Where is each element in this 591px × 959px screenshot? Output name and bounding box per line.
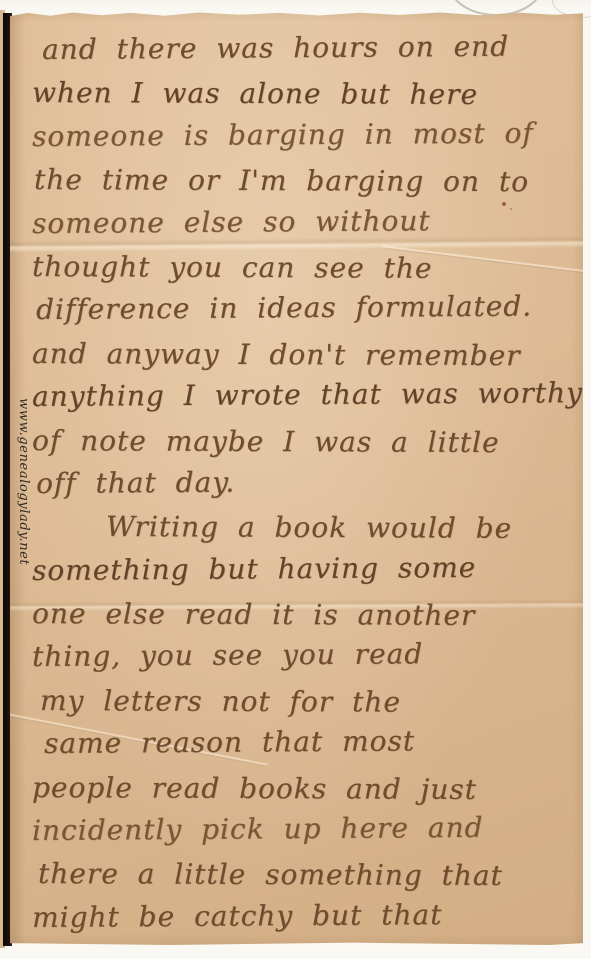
handwriting-line: someone is barging in most of [32,111,571,158]
handwriting-line: something but having some [32,545,571,592]
handwriting-line: my letters not for the [40,679,571,725]
handwriting-line: when I was alone but here [32,71,571,117]
watermark-text: www.genealogylady.net [16,398,31,565]
handwriting-line: and anyway I don't remember [32,332,571,378]
scanned-letter-page: www.genealogylady.net and there was hour… [0,0,591,959]
handwriting-line paragraph-indent: Writing a book would be [106,505,571,550]
handwriting-line: the time or I'm barging on to [34,158,571,204]
handwriting-line: people read books and just [32,766,571,812]
handwriting-line: of note maybe I was a little [32,419,571,465]
handwriting-line: anything I wrote that was worthy [32,371,571,418]
handwriting-line: thing, you see you read [32,632,571,679]
handwriting-line: difference in ideas formulated. [36,285,571,332]
handwriting-line: someone else so without [32,198,571,245]
letter-paper: www.genealogylady.net and there was hour… [10,12,583,945]
handwriting-line: might be catchy but that [32,892,571,939]
handwriting-line: same reason that most [44,719,571,766]
handwriting-line: off that day. [36,458,571,505]
handwriting-line: incidently pick up here and [32,805,571,852]
handwriting-line: there a little something that [38,852,571,898]
letter-body: and there was hours on end when I was al… [32,28,571,939]
handwriting-line: and there was hours on end [42,24,571,71]
